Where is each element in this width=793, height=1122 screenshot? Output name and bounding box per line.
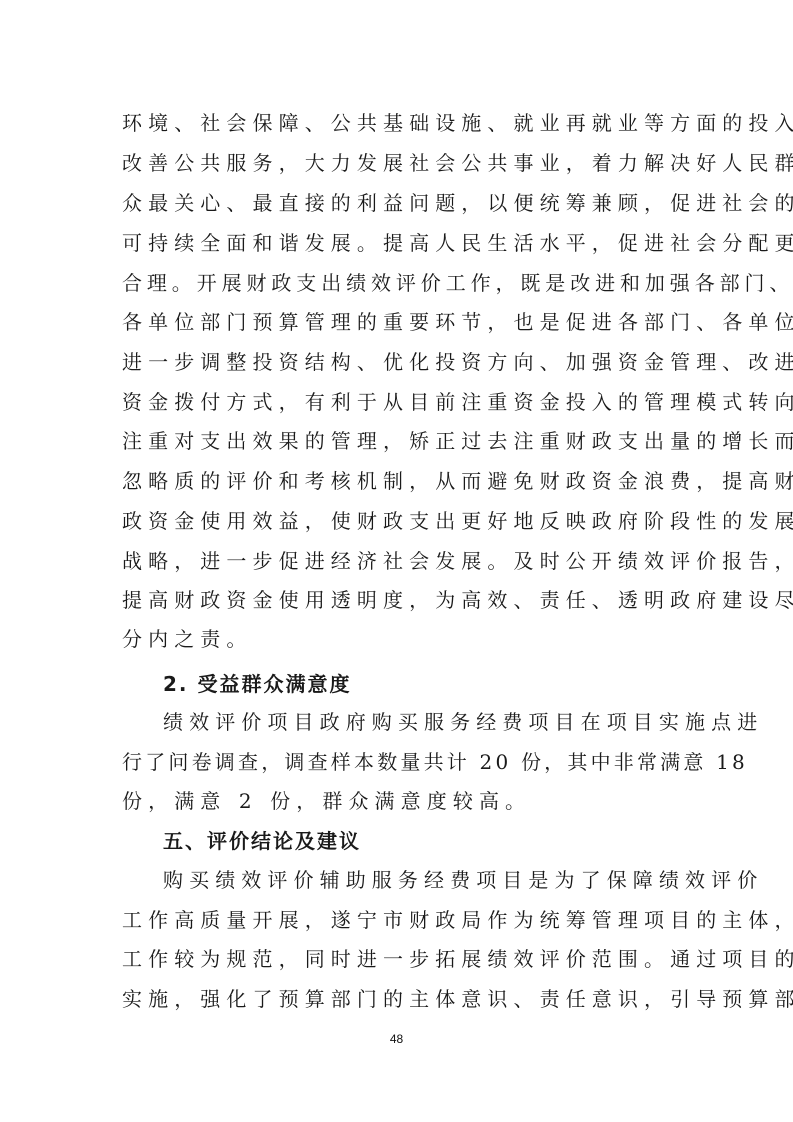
body-line: 忽略质的评价和考核机制，从而避免财政资金浪费，提高财 (122, 461, 682, 501)
body-line: 行了问卷调查，调查样本数量共计 20 份，其中非常满意 18 (122, 742, 682, 782)
body-line: 注重对支出效果的管理，矫正过去注重财政支出量的增长而 (122, 421, 682, 461)
body-line: 购买绩效评价辅助服务经费项目是为了保障绩效评价 (163, 860, 683, 900)
body-line: 进一步调整投资结构、优化投资方向、加强资金管理、改进 (122, 342, 682, 382)
body-line: 绩效评价项目政府购买服务经费项目在项目实施点进 (163, 702, 683, 742)
body-line: 政资金使用效益，使财政支出更好地反映政府阶段性的发展 (122, 501, 682, 541)
page-number: 48 (0, 1032, 793, 1046)
body-line: 资金拨付方式，有利于从目前注重资金投入的管理模式转向 (122, 382, 682, 422)
body-line: 战略，进一步促进经济社会发展。及时公开绩效评价报告， (122, 541, 682, 581)
body-line: 份，满意 2 份，群众满意度较高。 (122, 781, 682, 821)
body-line: 各单位部门预算管理的重要环节，也是促进各部门、各单位 (122, 302, 682, 342)
body-line: 众最关心、最直接的利益问题，以便统筹兼顾，促进社会的 (122, 183, 682, 223)
body-line: 实施，强化了预算部门的主体意识、责任意识，引导预算部 (122, 979, 682, 1019)
body-line: 工作高质量开展，遂宁市财政局作为统筹管理项目的主体， (122, 900, 682, 940)
body-line: 提高财政资金使用透明度，为高效、责任、透明政府建设尽 (122, 580, 682, 620)
body-line: 可持续全面和谐发展。提高人民生活水平，促进社会分配更 (122, 223, 682, 263)
body-line: 合理。开展财政支出绩效评价工作，既是改进和加强各部门、 (122, 263, 682, 303)
body-line: 分内之责。 (122, 619, 682, 659)
body-line: 改善公共服务，大力发展社会公共事业，着力解决好人民群 (122, 143, 682, 183)
section-heading-conclusion: 五、评价结论及建议 (163, 821, 723, 861)
section-heading-satisfaction: 2. 受益群众满意度 (163, 664, 723, 704)
body-line: 工作较为规范，同时进一步拓展绩效评价范围。通过项目的 (122, 939, 682, 979)
document-page: 环境、社会保障、公共基础设施、就业再就业等方面的投入， 改善公共服务，大力发展社… (0, 0, 793, 1122)
body-line: 环境、社会保障、公共基础设施、就业再就业等方面的投入， (122, 103, 682, 143)
